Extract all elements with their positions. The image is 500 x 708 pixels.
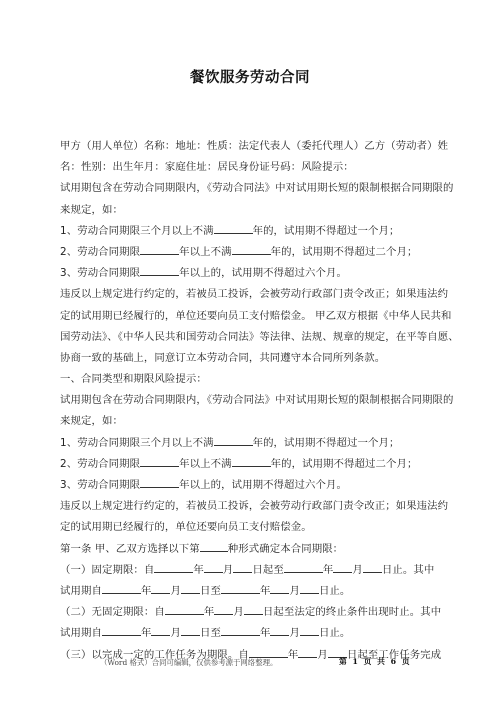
text-line: 定的试用期已经履行的，单位还要向员工支付赔偿金。 甲乙双方根据《中华人民共和: [60, 306, 444, 327]
text-segment: 3、劳动合同期限: [60, 479, 140, 491]
text-segment: 日起至法定的终止条件出现时止。其中: [263, 606, 441, 618]
text-segment: 2、劳动合同期限: [60, 458, 140, 470]
text-segment: 年以上不满: [179, 246, 231, 258]
text-line: 违反以上规定进行约定的，若被员工投诉，会被劳动行政部门责令改正；如果违法约: [60, 496, 444, 517]
text-segment: 种形式确定本合同期限：: [228, 543, 343, 555]
fill-in-blank: [181, 583, 200, 594]
fill-in-blank: [300, 625, 319, 636]
text-segment: 2、劳动合同期限: [60, 246, 140, 258]
fill-in-blank: [221, 625, 260, 636]
text-segment: 国劳动法》、《中华人民共和国劳动合同法》等法律、法规、规章的规定，在平等自愿、: [60, 331, 459, 343]
text-line: （一）固定期限：自年月日起至年月日止。其中: [60, 560, 444, 581]
text-line: 试用期自年月日至年月日止。: [60, 581, 444, 602]
text-segment: 日止。: [319, 585, 350, 597]
text-segment: 试用期包含在劳动合同期限内，《劳动合同法》中对试用期长短的限制根据合同期限的: [60, 394, 453, 406]
text-segment: 1、劳动合同期限三个月以上不满: [60, 437, 214, 449]
fill-in-blank: [140, 244, 179, 255]
text-segment: 1、劳动合同期限三个月以上不满: [60, 225, 214, 237]
fill-in-blank: [214, 223, 253, 234]
fill-in-blank: [244, 604, 263, 615]
text-line: 国劳动法》、《中华人民共和国劳动合同法》等法律、法规、规章的规定，在平等自愿、: [60, 327, 444, 348]
fill-in-blank: [232, 456, 271, 467]
text-line: 违反以上规定进行约定的，若被员工投诉，会被劳动行政部门责令改正；如果违法约: [60, 284, 444, 305]
text-line: 一、合同类型和期限风险提示：: [60, 369, 444, 390]
text-segment: 一、合同类型和期限风险提示：: [60, 373, 207, 385]
text-segment: （一）固定期限：自: [60, 564, 154, 576]
text-line: 第一条 甲、乙双方选择以下第种形式确定本合同期限：: [60, 539, 444, 560]
text-line: 定的试用期已经履行的，单位还要向员工支付赔偿金。: [60, 517, 444, 538]
text-segment: 名：性别：出生年月：家庭住址：居民身份证号码：风险提示：: [60, 161, 354, 173]
fill-in-blank: [165, 604, 204, 615]
text-segment: 年以上的，试用期不得超过六个月。: [179, 267, 347, 279]
fill-in-blank: [204, 562, 223, 573]
text-segment: 年以上不满: [179, 458, 231, 470]
fill-in-blank: [140, 456, 179, 467]
fill-in-blank: [300, 583, 319, 594]
text-line: 1、劳动合同期限三个月以上不满年的，试用期不得超过一个月；: [60, 221, 444, 242]
text-segment: 年的，试用期不得超过一个月；: [253, 437, 400, 449]
text-segment: 日至: [200, 585, 221, 597]
text-segment: 月: [170, 627, 181, 639]
text-segment: 年: [288, 649, 299, 661]
text-segment: 违反以上规定进行约定的，若被员工投诉，会被劳动行政部门责令改正；如果违法约: [60, 288, 448, 300]
text-segment: 定的试用期已经履行的，单位还要向员工支付赔偿金。 甲乙双方根据《中华人民共和: [60, 310, 452, 322]
fill-in-blank: [140, 477, 179, 488]
text-line: 协商一致的基础上，同意订立本劳动合同，共同遵守本合同所列条款。: [60, 348, 444, 369]
text-line: （二）无固定期限：自年月日起至法定的终止条件出现时止。其中: [60, 602, 444, 623]
fill-in-blank: [363, 562, 382, 573]
fill-in-blank: [249, 647, 288, 658]
text-segment: 年: [204, 606, 215, 618]
text-segment: 甲方（用人单位）名称：地址：性质：法定代表人（委托代理人）乙方（劳动者）姓: [60, 140, 448, 152]
text-segment: 来规定，如：: [60, 415, 123, 427]
text-line: 来规定，如：: [60, 411, 444, 432]
fill-in-blank: [181, 625, 200, 636]
text-segment: 年的，试用期不得超过一个月；: [253, 225, 400, 237]
text-segment: 月: [223, 564, 234, 576]
text-segment: 月: [352, 564, 363, 576]
text-segment: 月: [289, 585, 300, 597]
text-segment: 日止。: [319, 627, 350, 639]
fill-in-blank: [270, 583, 289, 594]
fill-in-blank: [333, 562, 352, 573]
text-segment: 月: [289, 627, 300, 639]
text-segment: 试用期自: [60, 585, 102, 597]
text-segment: 协商一致的基础上，同意订立本劳动合同，共同遵守本合同所列条款。: [60, 352, 385, 364]
page-number: 第 1 页 共 6 页: [339, 656, 411, 667]
fill-in-blank: [102, 625, 141, 636]
text-segment: 年以上的，试用期不得超过六个月。: [179, 479, 347, 491]
text-segment: 月: [170, 585, 181, 597]
text-line: 3、劳动合同期限年以上的，试用期不得超过六个月。: [60, 475, 444, 496]
text-segment: 月: [233, 606, 244, 618]
text-segment: 违反以上规定进行约定的，若被员工投诉，会被劳动行政部门责令改正；如果违法约: [60, 500, 448, 512]
fill-in-blank: [151, 583, 170, 594]
fill-in-blank: [284, 562, 323, 573]
text-segment: 年: [260, 585, 271, 597]
fill-in-blank: [140, 265, 179, 276]
fill-in-blank: [232, 244, 271, 255]
text-line: 来规定，如：: [60, 200, 444, 221]
text-segment: 年的，试用期不得超过二个月；: [271, 458, 418, 470]
text-line: 1、劳动合同期限三个月以上不满年的，试用期不得超过一个月；: [60, 433, 444, 454]
document-body: 甲方（用人单位）名称：地址：性质：法定代表人（委托代理人）乙方（劳动者）姓名：性…: [60, 136, 444, 666]
text-segment: 年: [193, 564, 204, 576]
text-segment: 日至: [200, 627, 221, 639]
text-segment: （二）无固定期限：自: [60, 606, 165, 618]
fill-in-blank: [102, 583, 141, 594]
text-segment: 试用期自: [60, 627, 102, 639]
document-title: 餐饮服务劳动合同: [0, 66, 500, 87]
text-segment: 年: [260, 627, 271, 639]
fill-in-blank: [214, 604, 233, 615]
text-segment: 试用期包含在劳动合同期限内，《劳动合同法》中对试用期长短的限制根据合同期限的: [60, 182, 453, 194]
text-line: 试用期自年月日至年月日止。: [60, 623, 444, 644]
text-segment: 日止。其中: [382, 564, 434, 576]
fill-in-blank: [298, 647, 317, 658]
fill-in-blank: [200, 541, 228, 552]
fill-in-blank: [270, 625, 289, 636]
text-segment: 来规定，如：: [60, 204, 123, 216]
text-line: 试用期包含在劳动合同期限内，《劳动合同法》中对试用期长短的限制根据合同期限的: [60, 390, 444, 411]
fill-in-blank: [221, 583, 260, 594]
text-segment: 月: [317, 649, 328, 661]
text-segment: 3、劳动合同期限: [60, 267, 140, 279]
text-line: 2、劳动合同期限年以上不满年的，试用期不得超过二个月；: [60, 242, 444, 263]
text-segment: 年: [141, 585, 152, 597]
text-line: 试用期包含在劳动合同期限内，《劳动合同法》中对试用期长短的限制根据合同期限的: [60, 178, 444, 199]
footer-note: （Word 格式）合同可编辑，仅供参考源于网络整理。: [100, 657, 277, 668]
fill-in-blank: [154, 562, 193, 573]
text-line: 名：性别：出生年月：家庭住址：居民身份证号码：风险提示：: [60, 157, 444, 178]
text-segment: 第一条 甲、乙双方选择以下第: [60, 543, 200, 555]
text-segment: 年的，试用期不得超过二个月；: [271, 246, 418, 258]
text-line: 2、劳动合同期限年以上不满年的，试用期不得超过二个月；: [60, 454, 444, 475]
fill-in-blank: [214, 435, 253, 446]
text-line: 甲方（用人单位）名称：地址：性质：法定代表人（委托代理人）乙方（劳动者）姓: [60, 136, 444, 157]
fill-in-blank: [151, 625, 170, 636]
text-segment: 年: [141, 627, 152, 639]
text-line: 3、劳动合同期限年以上的，试用期不得超过六个月。: [60, 263, 444, 284]
text-segment: 日起至: [252, 564, 283, 576]
fill-in-blank: [233, 562, 252, 573]
text-segment: 定的试用期已经履行的，单位还要向员工支付赔偿金。: [60, 521, 312, 533]
text-segment: 年: [323, 564, 334, 576]
